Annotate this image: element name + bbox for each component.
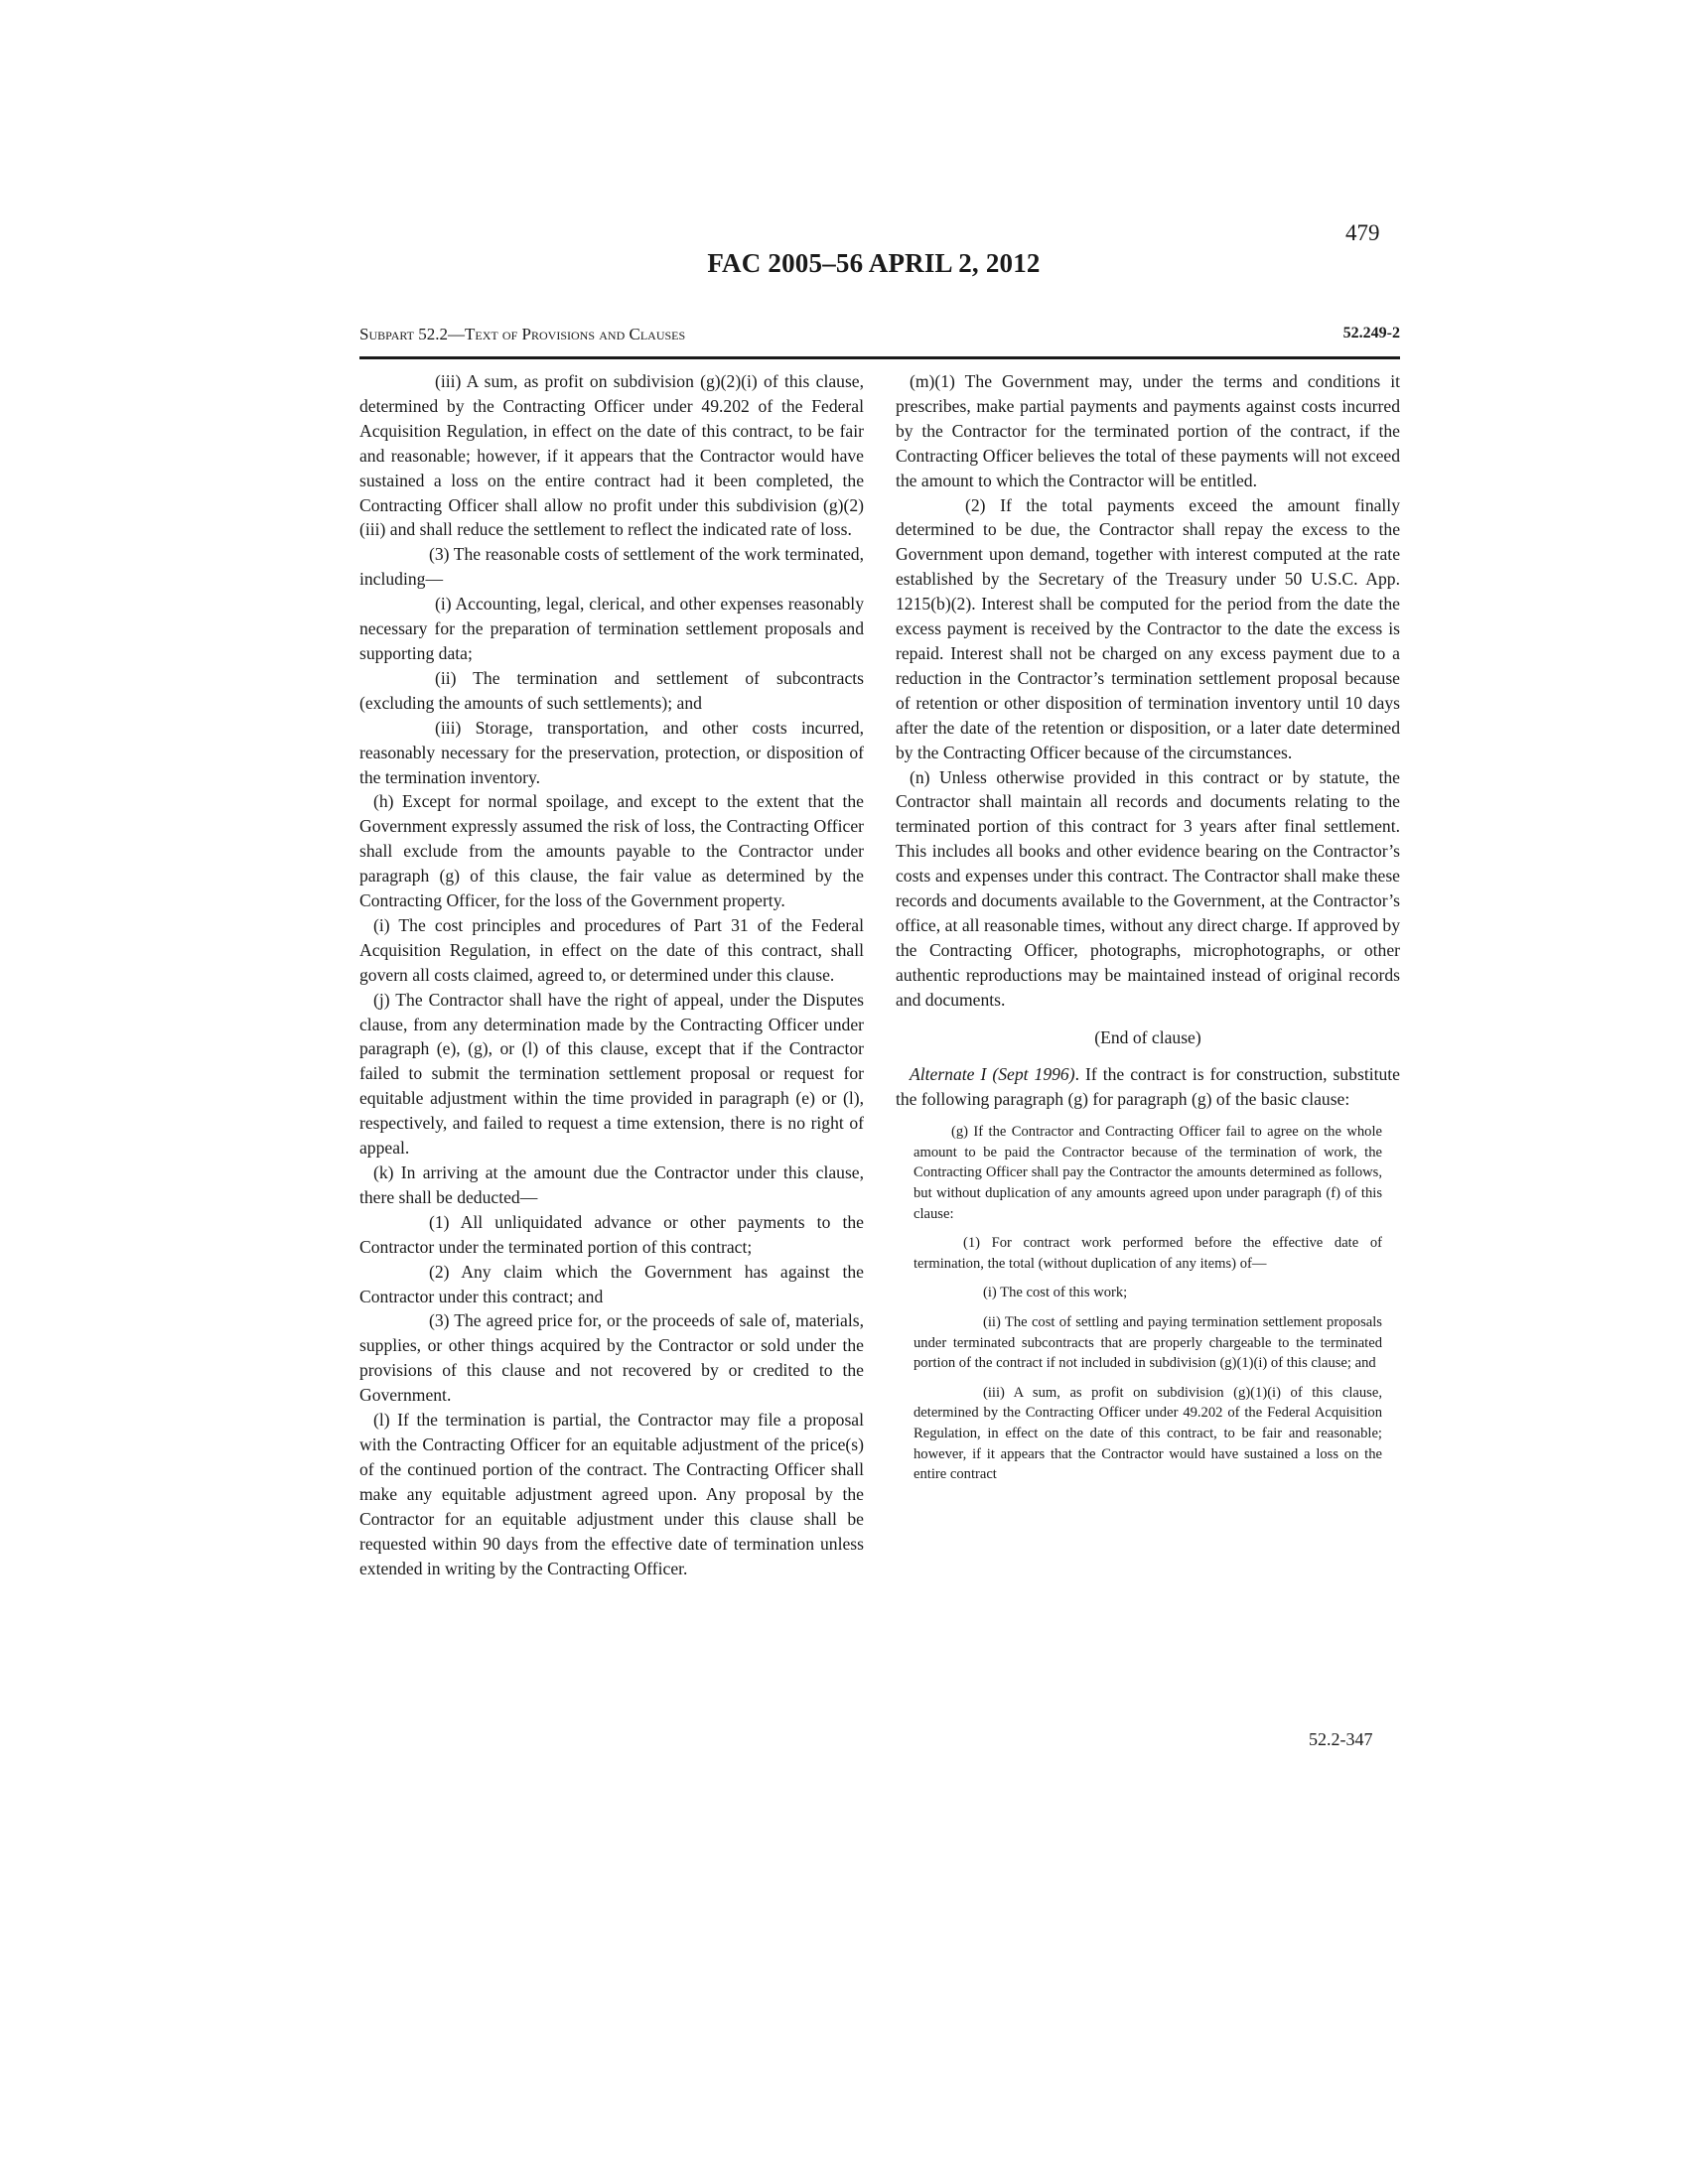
paragraph-i: (i) The cost principles and procedures o…	[359, 913, 864, 988]
section-number: 52.249-2	[1343, 325, 1400, 344]
paragraph-k3: (3) The agreed price for, or the proceed…	[359, 1308, 864, 1408]
alt-paragraph-g1: (1) For contract work performed before t…	[914, 1233, 1382, 1274]
header-rule	[359, 356, 1400, 359]
paragraph-m1: (m)(1) The Government may, under the ter…	[896, 369, 1400, 493]
paragraph-g3i: (i) Accounting, legal, clerical, and oth…	[359, 592, 864, 666]
paragraph-j: (j) The Contractor shall have the right …	[359, 988, 864, 1160]
paragraph-n: (n) Unless otherwise provided in this co…	[896, 765, 1400, 1013]
running-title: FAC 2005–56 APRIL 2, 2012	[0, 248, 1688, 279]
subpart-title: Subpart 52.2—Text of Provisions and Clau…	[359, 325, 685, 344]
end-of-clause: (End of clause)	[896, 1025, 1400, 1050]
alt-paragraph-g1iii: (iii) A sum, as profit on subdivision (g…	[914, 1383, 1382, 1485]
alternate-paragraph-g: (g) If the Contractor and Contracting Of…	[914, 1122, 1382, 1485]
paragraph-g2iii: (iii) A sum, as profit on subdivision (g…	[359, 369, 864, 542]
alternate-intro: Alternate I (Sept 1996). If the contract…	[896, 1062, 1400, 1112]
paragraph-h: (h) Except for normal spoilage, and exce…	[359, 789, 864, 913]
paragraph-l: (l) If the termination is partial, the C…	[359, 1408, 864, 1580]
footer-page-number: 52.2-347	[1309, 1729, 1373, 1750]
paragraph-g3: (3) The reasonable costs of settlement o…	[359, 542, 864, 592]
right-column: (m)(1) The Government may, under the ter…	[896, 369, 1400, 1485]
alt-paragraph-g1i: (i) The cost of this work;	[914, 1283, 1382, 1303]
alt-paragraph-g: (g) If the Contractor and Contracting Of…	[914, 1122, 1382, 1224]
paragraph-k1: (1) All unliquidated advance or other pa…	[359, 1210, 864, 1260]
paragraph-k: (k) In arriving at the amount due the Co…	[359, 1160, 864, 1210]
alt-paragraph-g1ii: (ii) The cost of settling and paying ter…	[914, 1312, 1382, 1374]
paragraph-g3ii: (ii) The termination and settlement of s…	[359, 666, 864, 716]
page-number: 479	[1345, 220, 1380, 246]
alternate-title: Alternate I (Sept 1996)	[910, 1064, 1075, 1084]
paragraph-k2: (2) Any claim which the Government has a…	[359, 1260, 864, 1309]
paragraph-m2: (2) If the total payments exceed the amo…	[896, 493, 1400, 765]
subpart-header: Subpart 52.2—Text of Provisions and Clau…	[359, 325, 1400, 344]
left-column: (iii) A sum, as profit on subdivision (g…	[359, 369, 864, 1580]
paragraph-g3iii: (iii) Storage, transportation, and other…	[359, 716, 864, 790]
